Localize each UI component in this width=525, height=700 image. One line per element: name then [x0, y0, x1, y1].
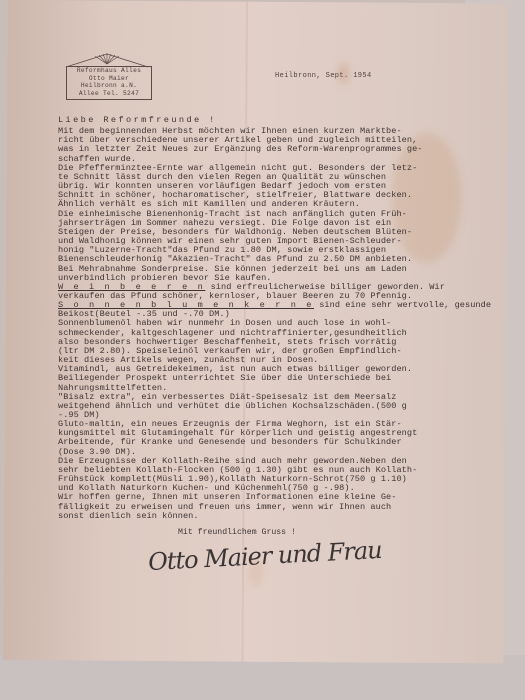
text-line: sonst dienlich sein können. [58, 512, 478, 521]
closing-greeting: Mit freundlichem Gruss ! [178, 528, 296, 537]
letterhead-address: Reformhaus Alles Otto Maier Heilbronn a.… [66, 66, 152, 100]
letterhead-line: Reformhaus Alles [67, 67, 151, 75]
salutation: Liebe Reformfreunde ! [58, 116, 478, 125]
paragraph-block-1: Mit dem beginnenden Herbst möchten wir I… [58, 127, 478, 283]
letterhead-line: Otto Maier [67, 75, 151, 83]
letter-body: Liebe Reformfreunde ! Mit dem beginnende… [58, 116, 478, 521]
letterhead-line: Heilbronn a.N. [67, 82, 151, 90]
paragraph-block-2: Beikost(Beutel -.35 und -.70 DM.)Sonnenb… [58, 310, 478, 521]
date-line: Heilbronn, Sept. 1954 [275, 72, 372, 80]
letterhead-line: Allee Tel. 5247 [67, 90, 151, 98]
letterhead-stamp: Reformhaus Alles Otto Maier Heilbronn a.… [62, 52, 152, 100]
text-line: weitgehend ähnlich und verhütet die übli… [58, 402, 478, 411]
